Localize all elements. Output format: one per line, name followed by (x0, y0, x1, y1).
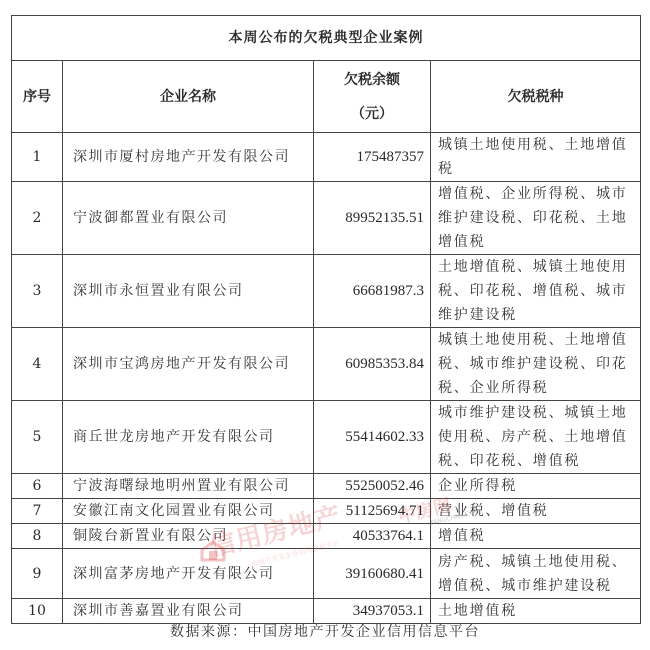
row-amount: 39160680.41 (314, 549, 431, 599)
row-company-name: 深圳富茅房地产开发有限公司 (63, 549, 314, 599)
row-no: 3 (12, 255, 63, 328)
row-company-name: 安徽江南文化园置业有限公司 (63, 499, 314, 524)
table-row: 7 安徽江南文化园置业有限公司 51125694.71 营业税、增值税 (12, 499, 641, 524)
row-no: 9 (12, 549, 63, 599)
row-amount: 55414602.33 (314, 401, 431, 474)
row-amount: 89952135.51 (314, 182, 431, 255)
row-tax-types: 增值税 (431, 524, 641, 549)
row-no: 5 (12, 401, 63, 474)
row-no: 7 (12, 499, 63, 524)
table-row: 3 深圳市永恒置业有限公司 66681987.3 土地增值税、城镇土地使用税、印… (12, 255, 641, 328)
row-amount: 55250052.46 (314, 474, 431, 499)
header-name: 企业名称 (63, 61, 314, 133)
table-row: 2 宁波御都置业有限公司 89952135.51 增值税、企业所得税、城市维护建… (12, 182, 641, 255)
header-amount: 欠税余额 （元） (314, 61, 431, 133)
header-types: 欠税税种 (431, 61, 641, 133)
header-amount-label: 欠税余额 (314, 63, 430, 97)
table-title: 本周公布的欠税典型企业案例 (12, 16, 641, 61)
data-source-caption: 数据来源：中国房地产开发企业信用信息平台 (0, 620, 650, 644)
table-row: 5 商丘世龙房地产开发有限公司 55414602.33 城市维护建设税、城镇土地… (12, 401, 641, 474)
row-no: 8 (12, 524, 63, 549)
row-tax-types: 城镇土地使用税、土地增值税、城市维护建设税、印花税、企业所得税 (431, 328, 641, 401)
table-row: 4 深圳市宝鸿房地产开发有限公司 60985353.84 城镇土地使用税、土地增… (12, 328, 641, 401)
row-no: 6 (12, 474, 63, 499)
table-row: 6 宁波海曙绿地明州置业有限公司 55250052.46 企业所得税 (12, 474, 641, 499)
row-tax-types: 企业所得税 (431, 474, 641, 499)
row-amount: 51125694.71 (314, 499, 431, 524)
row-amount: 40533764.1 (314, 524, 431, 549)
row-amount: 66681987.3 (314, 255, 431, 328)
row-tax-types: 城镇土地使用税、土地增值税 (431, 133, 641, 182)
row-company-name: 深圳市宝鸿房地产开发有限公司 (63, 328, 314, 401)
row-no: 2 (12, 182, 63, 255)
row-no: 1 (12, 133, 63, 182)
row-tax-types: 增值税、企业所得税、城市维护建设税、印花税、土地增值税 (431, 182, 641, 255)
row-company-name: 铜陵台新置业有限公司 (63, 524, 314, 549)
table-row: 9 深圳富茅房地产开发有限公司 39160680.41 房产税、城镇土地使用税、… (12, 549, 641, 599)
row-tax-types: 房产税、城镇土地使用税、增值税、城市维护建设税 (431, 549, 641, 599)
row-tax-types: 营业税、增值税 (431, 499, 641, 524)
tax-arrears-table-container: 本周公布的欠税典型企业案例 序号 企业名称 欠税余额 （元） 欠税税种 1 深圳… (11, 15, 640, 624)
header-no: 序号 (12, 61, 63, 133)
row-company-name: 宁波海曙绿地明州置业有限公司 (63, 474, 314, 499)
header-row: 序号 企业名称 欠税余额 （元） 欠税税种 (12, 61, 641, 133)
table-row: 1 深圳市厦村房地产开发有限公司 175487357 城镇土地使用税、土地增值税 (12, 133, 641, 182)
tax-arrears-table: 本周公布的欠税典型企业案例 序号 企业名称 欠税余额 （元） 欠税税种 1 深圳… (11, 15, 641, 624)
row-company-name: 商丘世龙房地产开发有限公司 (63, 401, 314, 474)
row-amount: 60985353.84 (314, 328, 431, 401)
row-company-name: 宁波御都置业有限公司 (63, 182, 314, 255)
row-company-name: 深圳市永恒置业有限公司 (63, 255, 314, 328)
table-row: 8 铜陵台新置业有限公司 40533764.1 增值税 (12, 524, 641, 549)
row-no: 4 (12, 328, 63, 401)
row-tax-types: 城市维护建设税、城镇土地使用税、房产税、土地增值税、印花税、增值税 (431, 401, 641, 474)
row-tax-types: 土地增值税、城镇土地使用税、印花税、增值税、城市维护建设税 (431, 255, 641, 328)
title-row: 本周公布的欠税典型企业案例 (12, 16, 641, 61)
row-amount: 175487357 (314, 133, 431, 182)
header-amount-unit: （元） (314, 97, 430, 131)
row-company-name: 深圳市厦村房地产开发有限公司 (63, 133, 314, 182)
